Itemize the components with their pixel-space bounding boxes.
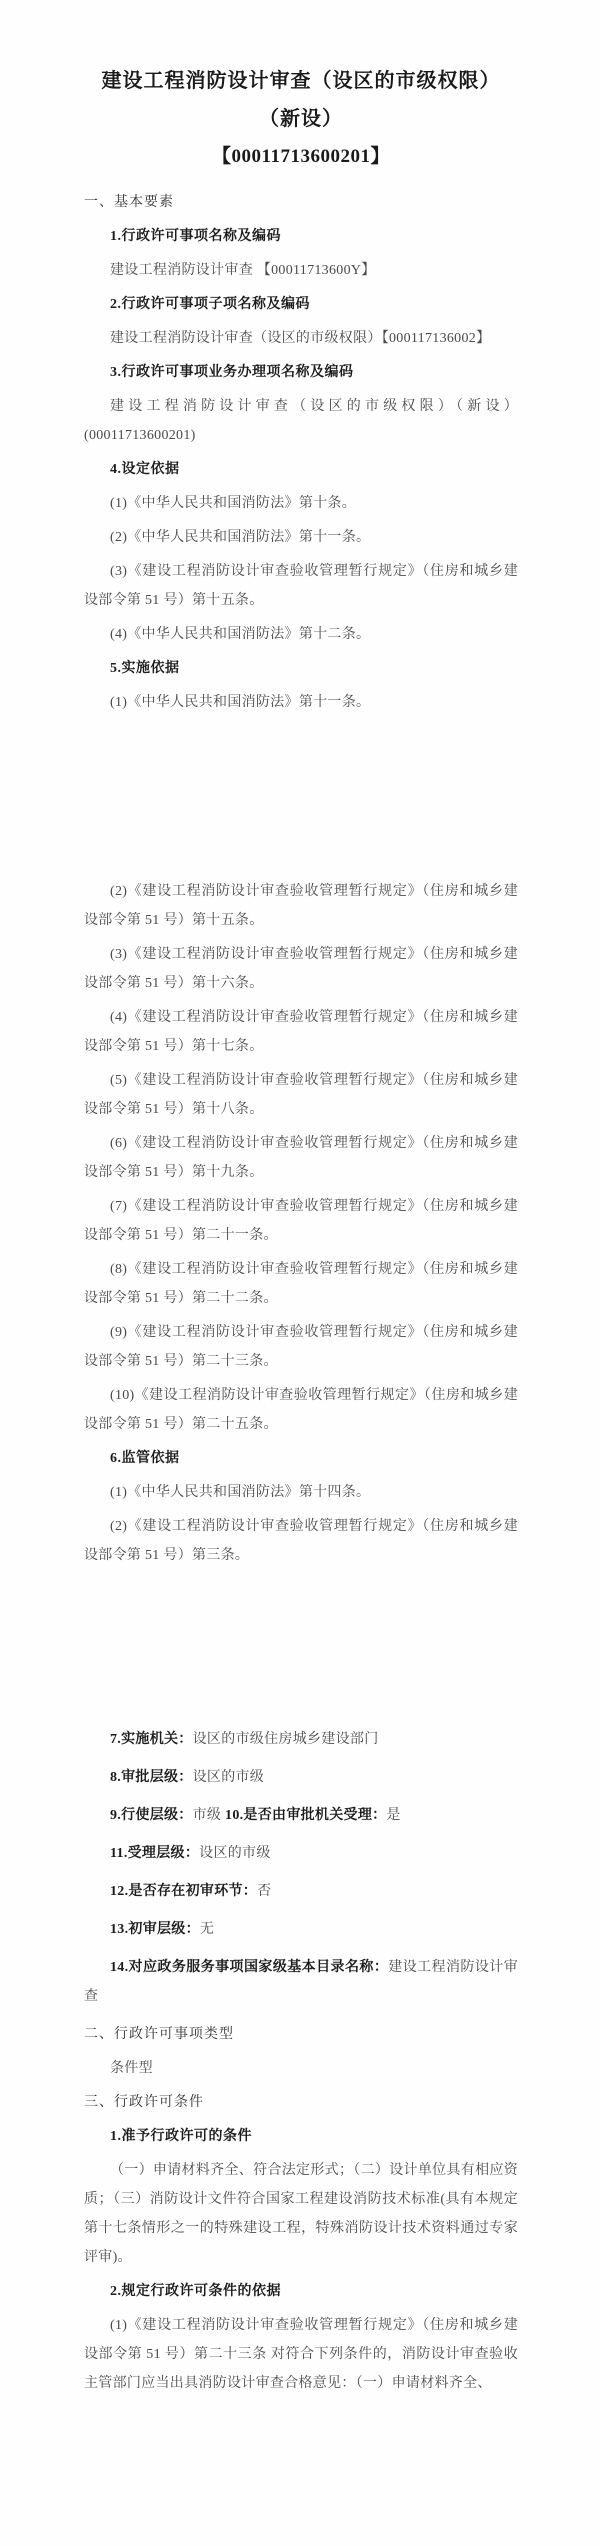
text-run: 是 xyxy=(386,1808,400,1823)
section-heading-basic-elements: 一、基本要素 xyxy=(84,188,518,217)
text-run: (4)《建设工程消防设计审查验收管理暂行规定》（住房和城乡建设部令第 51 号）… xyxy=(84,1010,518,1054)
body-paragraph: 条件型 xyxy=(84,2054,518,2083)
text-run: 建设工程消防设计审查（设区的市级权限）（新设）(00011713600201) xyxy=(84,399,518,443)
text-run: (4)《中华人民共和国消防法》第十二条。 xyxy=(110,627,370,642)
field-preliminary-review-level: 13.初审层级：无 xyxy=(84,1915,518,1944)
text-run: (5)《建设工程消防设计审查验收管理暂行规定》（住房和城乡建设部令第 51 号）… xyxy=(84,1073,518,1117)
text-run: 市级 xyxy=(193,1808,225,1823)
body-paragraph: 建设工程消防设计审查 【00011713600Y】 xyxy=(84,256,518,285)
field-label: 5.实施依据 xyxy=(110,661,180,676)
text-run: (6)《建设工程消防设计审查验收管理暂行规定》（住房和城乡建设部令第 51 号）… xyxy=(84,1136,518,1180)
document-subtitle: （新设） xyxy=(84,100,518,138)
legal-basis-item: (1)《中华人民共和国消防法》第十条。 xyxy=(84,489,518,518)
section-heading-license-type: 二、行政许可事项类型 xyxy=(84,2020,518,2049)
document-title: 建设工程消防设计审查（设区的市级权限） xyxy=(84,62,518,100)
field-label: 13.初审层级： xyxy=(110,1922,200,1937)
legal-basis-item: (9)《建设工程消防设计审查验收管理暂行规定》（住房和城乡建设部令第 51 号）… xyxy=(84,1318,518,1376)
text-run: 否 xyxy=(257,1884,271,1899)
legal-basis-item: (2)《建设工程消防设计审查验收管理暂行规定》（住房和城乡建设部令第 51 号）… xyxy=(84,1512,518,1570)
field-exercise-level-and-acceptance: 9.行使层级：市级 10.是否由审批机关受理：是 xyxy=(84,1801,518,1830)
item-heading-conditions-1: 1.准予行政许可的条件 xyxy=(84,2122,518,2151)
text-run: (1)《建设工程消防设计审查验收管理暂行规定》（住房和城乡建设部令第 51 号）… xyxy=(84,2318,518,2391)
paragraph-list: 一、基本要素1.行政许可事项名称及编码建设工程消防设计审查 【000117136… xyxy=(84,188,518,2398)
text-run: (2)《中华人民共和国消防法》第十一条。 xyxy=(110,530,370,545)
body-paragraph: 建设工程消防设计审查（设区的市级权限）（新设）(00011713600201) xyxy=(84,392,518,450)
text-run: (10)《建设工程消防设计审查验收管理暂行规定》（住房和城乡建设部令第 51 号… xyxy=(84,1388,518,1432)
field-label: 10.是否由审批机关受理： xyxy=(225,1808,386,1823)
field-label: 4.设定依据 xyxy=(110,462,180,477)
text-run: 建设工程消防设计审查 【00011713600Y】 xyxy=(110,263,376,278)
text-run: (8)《建设工程消防设计审查验收管理暂行规定》（住房和城乡建设部令第 51 号）… xyxy=(84,1262,518,1306)
text-run: 无 xyxy=(200,1922,214,1937)
legal-basis-item: (5)《建设工程消防设计审查验收管理暂行规定》（住房和城乡建设部令第 51 号）… xyxy=(84,1066,518,1124)
section-heading-license-conditions: 三、行政许可条件 xyxy=(84,2088,518,2117)
field-acceptance-level: 11.受理层级：设区的市级 xyxy=(84,1839,518,1868)
field-approval-level: 8.审批层级：设区的市级 xyxy=(84,1763,518,1792)
field-label: 12.是否存在初审环节： xyxy=(110,1884,257,1899)
text-run: 三、行政许可条件 xyxy=(84,2095,204,2110)
item-heading-3: 3.行政许可事项业务办理项名称及编码 xyxy=(84,358,518,387)
legal-basis-item: (3)《建设工程消防设计审查验收管理暂行规定》（住房和城乡建设部令第 51 号）… xyxy=(84,940,518,998)
text-run: (3)《建设工程消防设计审查验收管理暂行规定》（住房和城乡建设部令第 51 号）… xyxy=(84,564,518,608)
page-break-gap xyxy=(84,1575,518,1720)
field-label: 2.规定行政许可条件的依据 xyxy=(110,2284,281,2299)
text-run: (3)《建设工程消防设计审查验收管理暂行规定》（住房和城乡建设部令第 51 号）… xyxy=(84,947,518,991)
legal-basis-item: (6)《建设工程消防设计审查验收管理暂行规定》（住房和城乡建设部令第 51 号）… xyxy=(84,1129,518,1187)
text-run: (1)《中华人民共和国消防法》第十一条。 xyxy=(110,695,370,710)
field-label: 1.准予行政许可的条件 xyxy=(110,2129,252,2144)
field-preliminary-review-exists: 12.是否存在初审环节：否 xyxy=(84,1877,518,1906)
item-heading-1: 1.行政许可事项名称及编码 xyxy=(84,222,518,251)
legal-basis-item: (1)《中华人民共和国消防法》第十四条。 xyxy=(84,1478,518,1507)
text-run: 条件型 xyxy=(110,2061,153,2076)
text-run: (2)《建设工程消防设计审查验收管理暂行规定》（住房和城乡建设部令第 51 号）… xyxy=(84,884,518,928)
body-paragraph: 建设工程消防设计审查（设区的市级权限）【000117136002】 xyxy=(84,324,518,353)
text-run: （一）申请材料齐全、符合法定形式；（二）设计单位具有相应资质；（三）消防设计文件… xyxy=(84,2163,518,2265)
text-run: (1)《中华人民共和国消防法》第十条。 xyxy=(110,496,356,511)
text-run: (7)《建设工程消防设计审查验收管理暂行规定》（住房和城乡建设部令第 51 号）… xyxy=(84,1199,518,1243)
field-label: 2.行政许可事项子项名称及编码 xyxy=(110,297,310,312)
text-run: 设区的市级 xyxy=(199,1846,271,1861)
legal-basis-item: (4)《中华人民共和国消防法》第十二条。 xyxy=(84,620,518,649)
legal-basis-item: (1)《建设工程消防设计审查验收管理暂行规定》（住房和城乡建设部令第 51 号）… xyxy=(84,2311,518,2398)
page-break-gap xyxy=(84,722,518,872)
item-heading-2: 2.行政许可事项子项名称及编码 xyxy=(84,290,518,319)
field-label: 14.对应政务服务事项国家级基本目录名称： xyxy=(110,1960,388,1975)
field-label: 11.受理层级： xyxy=(110,1846,199,1861)
text-run: (1)《中华人民共和国消防法》第十四条。 xyxy=(110,1485,370,1500)
text-run: (9)《建设工程消防设计审查验收管理暂行规定》（住房和城乡建设部令第 51 号）… xyxy=(84,1325,518,1369)
legal-basis-item: (1)《中华人民共和国消防法》第十一条。 xyxy=(84,688,518,717)
field-label: 9.行使层级： xyxy=(110,1808,193,1823)
document-page: 建设工程消防设计审查（设区的市级权限） （新设） 【00011713600201… xyxy=(0,0,600,2546)
legal-basis-item: (2)《建设工程消防设计审查验收管理暂行规定》（住房和城乡建设部令第 51 号）… xyxy=(84,877,518,935)
text-run: 二、行政许可事项类型 xyxy=(84,2027,234,2042)
legal-basis-item: (7)《建设工程消防设计审查验收管理暂行规定》（住房和城乡建设部令第 51 号）… xyxy=(84,1192,518,1250)
text-run: 设区的市级 xyxy=(193,1770,265,1785)
legal-basis-item: (3)《建设工程消防设计审查验收管理暂行规定》（住房和城乡建设部令第 51 号）… xyxy=(84,557,518,615)
item-heading-4: 4.设定依据 xyxy=(84,455,518,484)
legal-basis-item: (4)《建设工程消防设计审查验收管理暂行规定》（住房和城乡建设部令第 51 号）… xyxy=(84,1003,518,1061)
document-code: 【00011713600201】 xyxy=(84,138,518,176)
field-label: 7.实施机关： xyxy=(110,1732,193,1747)
item-heading-6: 6.监管依据 xyxy=(84,1444,518,1473)
document-title-block: 建设工程消防设计审查（设区的市级权限） （新设） 【00011713600201… xyxy=(84,62,518,176)
text-run: 建设工程消防设计审查（设区的市级权限）【000117136002】 xyxy=(110,331,490,346)
item-heading-5: 5.实施依据 xyxy=(84,654,518,683)
field-label: 3.行政许可事项业务办理项名称及编码 xyxy=(110,365,354,380)
body-paragraph: （一）申请材料齐全、符合法定形式；（二）设计单位具有相应资质；（三）消防设计文件… xyxy=(84,2156,518,2272)
text-run: (2)《建设工程消防设计审查验收管理暂行规定》（住房和城乡建设部令第 51 号）… xyxy=(84,1519,518,1563)
legal-basis-item: (2)《中华人民共和国消防法》第十一条。 xyxy=(84,523,518,552)
text-run: 设区的市级住房城乡建设部门 xyxy=(193,1732,379,1747)
item-heading-conditions-2: 2.规定行政许可条件的依据 xyxy=(84,2277,518,2306)
legal-basis-item: (8)《建设工程消防设计审查验收管理暂行规定》（住房和城乡建设部令第 51 号）… xyxy=(84,1255,518,1313)
field-label: 1.行政许可事项名称及编码 xyxy=(110,229,281,244)
legal-basis-item: (10)《建设工程消防设计审查验收管理暂行规定》（住房和城乡建设部令第 51 号… xyxy=(84,1381,518,1439)
field-label: 6.监管依据 xyxy=(110,1451,180,1466)
text-run: 一、基本要素 xyxy=(84,195,174,210)
field-national-catalog-name: 14.对应政务服务事项国家级基本目录名称：建设工程消防设计审查 xyxy=(84,1953,518,2011)
field-implementing-agency: 7.实施机关：设区的市级住房城乡建设部门 xyxy=(84,1725,518,1754)
field-label: 8.审批层级： xyxy=(110,1770,193,1785)
